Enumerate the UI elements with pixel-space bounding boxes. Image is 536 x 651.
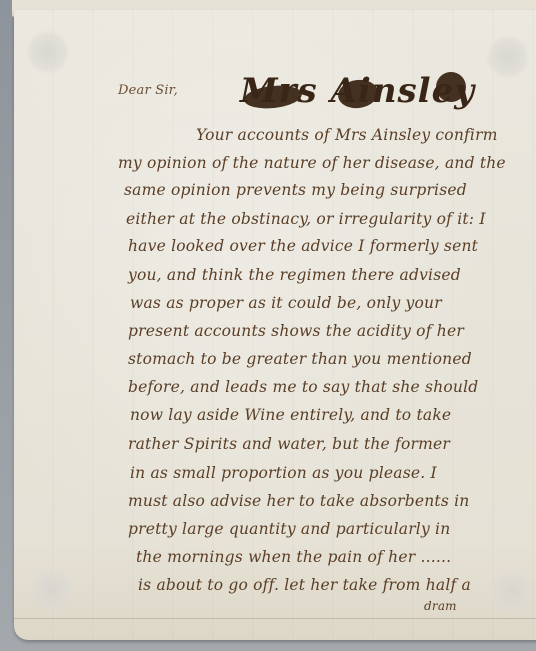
catchword: dram [424, 600, 457, 612]
header-name: Mrs Ainsley [240, 74, 475, 108]
wax-seal-mark [486, 35, 530, 79]
wax-seal-mark [30, 568, 74, 612]
body-line: was as proper as it could be, only your [130, 296, 442, 312]
body-line: before, and leads me to say that she sho… [128, 380, 478, 396]
body-line: my opinion of the nature of her disease,… [118, 156, 506, 172]
body-line: stomach to be greater than you mentioned [128, 352, 472, 368]
salutation: Dear Sir, [118, 84, 178, 97]
body-line: have looked over the advice I formerly s… [128, 239, 478, 255]
body-line: Your accounts of Mrs Ainsley confirm [196, 128, 498, 144]
body-line: in as small proportion as you please. I [130, 466, 437, 482]
body-line: rather Spirits and water, but the former [128, 437, 450, 453]
body-line: is about to go off. let her take from ha… [138, 578, 471, 594]
scan-background: Dear Sir, Mrs Ainsley Your accounts of M… [0, 0, 536, 651]
body-line: same opinion prevents my being surprised [124, 183, 467, 199]
body-line: either at the obstinacy, or irregularity… [126, 212, 486, 228]
wax-seal-mark [490, 570, 534, 614]
body-line: now lay aside Wine entirely, and to take [130, 408, 451, 424]
body-line: present accounts shows the acidity of he… [128, 324, 464, 340]
body-line: the mornings when the pain of her ...... [136, 550, 451, 566]
wax-seal-mark [26, 30, 70, 74]
body-line: pretty large quantity and particularly i… [128, 522, 450, 538]
body-line: you, and think the regimen there advised [128, 268, 461, 284]
paper-fold-line [14, 618, 536, 619]
body-line: must also advise her to take absorbents … [128, 494, 469, 510]
